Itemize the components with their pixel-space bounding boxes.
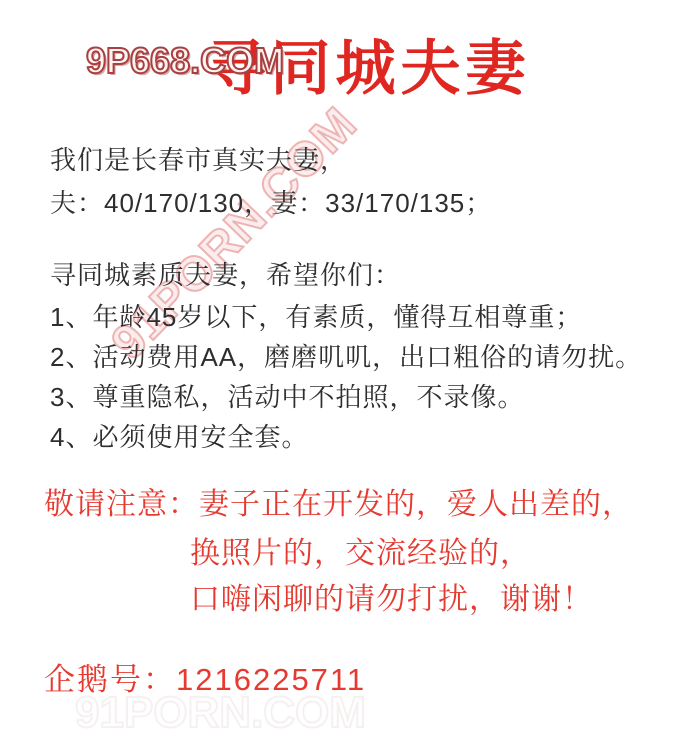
contact-qq-number: 企鹅号：1216225711 <box>44 654 366 699</box>
diagonal-watermark: 91PORN.COM <box>95 90 374 376</box>
top-left-watermark: 9P668.COM <box>86 40 284 82</box>
notice-line: 口嗨闲聊的请勿打扰，谢谢！ <box>190 582 593 618</box>
requirements-heading: 寻同城素质夫妻，希望你们： <box>50 259 401 291</box>
notice-line: 敬请注意：妻子正在开发的，爱人出差的， <box>44 487 633 523</box>
requirement-item: 1、年龄45岁以下，有素质，懂得互相尊重； <box>50 301 582 333</box>
notice-line: 换照片的，交流经验的， <box>190 536 531 572</box>
poster-page: 91PORN.COM 91PORN.COM 寻同城夫妻 9P668.COM 我们… <box>0 0 700 744</box>
requirement-item: 2、活动费用AA，磨磨叽叽，出口粗俗的请勿扰。 <box>50 341 642 373</box>
intro-line-stats: 夫：40/170/130，妻：33/170/135； <box>50 187 492 219</box>
intro-line: 我们是长春市真实夫妻， <box>50 144 347 176</box>
requirement-item: 3、尊重隐私，活动中不拍照，不录像。 <box>50 381 524 413</box>
requirement-item: 4、必须使用安全套。 <box>50 421 308 453</box>
